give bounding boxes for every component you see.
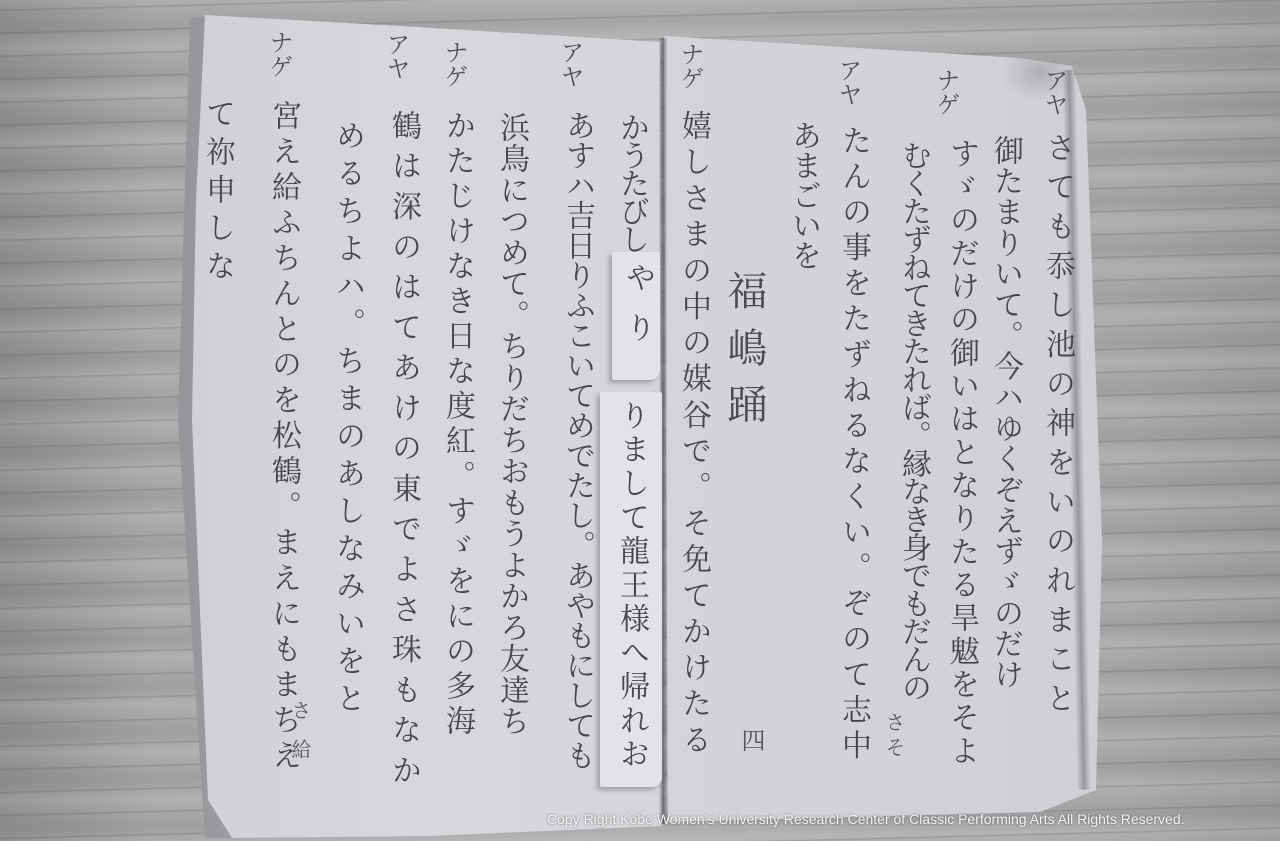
text-column: あまごいを [786,120,820,270]
dance-title: 福嶋踊 [722,270,766,440]
speaker-label: ナゲ [676,42,704,90]
speaker-label: ナゲ [265,30,293,78]
slip-text: やり [620,262,654,362]
copyright-watermark: Copy Right Kobe Women’s University Resea… [547,811,1185,827]
text-column: て祢申しな [200,98,234,288]
text-column: むくたずねてきたれば。縁なき身でもだんの [896,140,930,700]
text-column: 嬉しさまの中の媒谷で。そ免てかけたる [676,110,710,760]
text-column: すゞのだけの御いはとなりたる旱魃をそよ [944,138,978,768]
text-column: たんの事をたずねるなくい。ぞのて志中 [836,125,870,765]
text-column: あすハ吉日りふこいてめでたし。あやもにしても [560,110,594,770]
margin-annotation: さそ [882,712,906,762]
text-column: かうたびし [614,112,648,252]
text-column: さても忝し池の神をいのれまこと [1040,132,1074,722]
pasted-slip: りまして龍王様へ帰れお [600,392,662,787]
speaker-label: アヤ [382,32,410,80]
speaker-label: ナゲ [440,40,468,88]
speaker-label: アヤ [834,58,862,106]
page-number: 四 [737,728,765,752]
slip-text: りまして龍王様へ帰れお [614,400,648,772]
speaker-label: アヤ [556,40,584,88]
pasted-slip: やり [612,252,660,380]
text-column: 浜鳥につめて。ちりだちおもうよかろ友達ち [494,112,528,737]
text-column: かたじけなき日な度紅。すゞをにの多海 [440,110,474,740]
text-column: 御たまりいて。今ハゆくぞえずゞのだけ [988,135,1022,690]
speaker-label: ナゲ [932,68,960,116]
text-column: 宮え給ふちんとのを松鶴。まえにもまちえ [266,100,300,775]
speaker-label: アヤ [1040,68,1068,116]
text-column: 鶴は深のはてあけの東でよさ珠もなか [386,110,420,795]
text-column: めるちよハ。ちまのあしなみいをと [330,120,364,720]
